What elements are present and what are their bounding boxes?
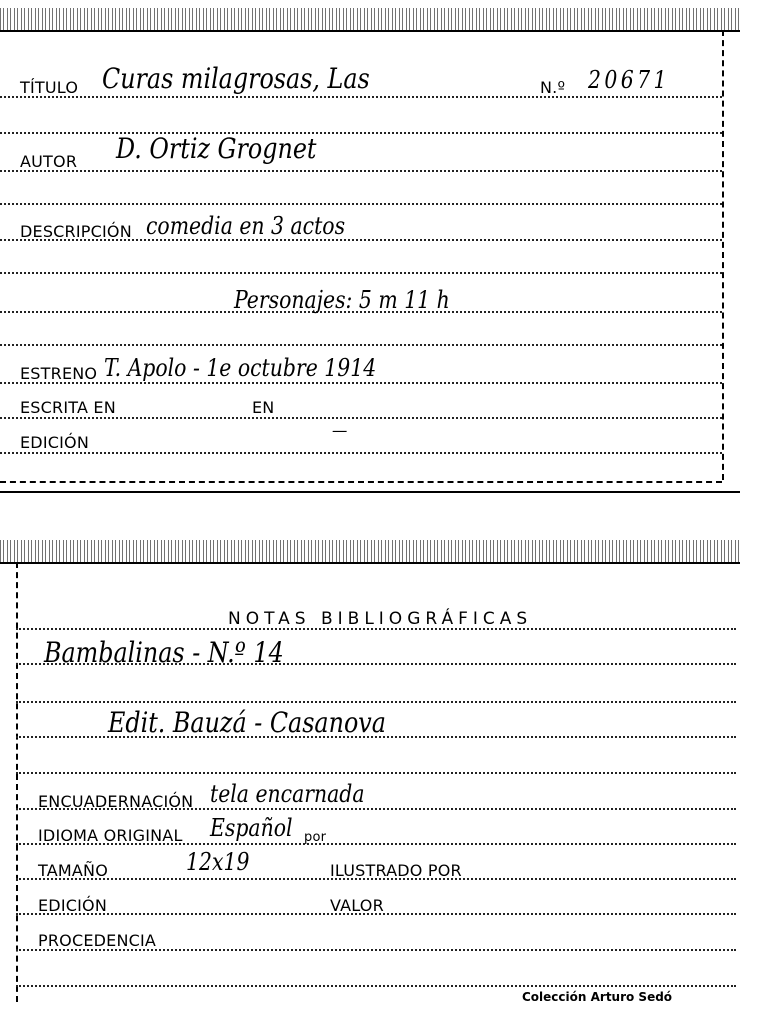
ruled-line bbox=[0, 203, 722, 205]
scan-noise-top bbox=[0, 8, 740, 30]
estreno-value: T. Apolo - 1e octubre 1914 bbox=[104, 354, 376, 382]
ruled-line bbox=[16, 772, 736, 774]
card-front-right-edge bbox=[722, 30, 724, 480]
idioma-por-label: por bbox=[304, 830, 326, 845]
autor-label: AUTOR bbox=[20, 152, 77, 171]
edicion-label: EDICIÓN bbox=[20, 433, 89, 452]
ruled-line bbox=[16, 628, 736, 630]
ruled-line bbox=[0, 417, 722, 419]
descripcion-extra: Personajes: 5 m 11 h bbox=[234, 286, 450, 314]
ruled-line bbox=[16, 701, 736, 703]
ruled-line bbox=[0, 132, 722, 134]
ruled-line bbox=[0, 96, 722, 98]
idioma-label: IDIOMA ORIGINAL bbox=[38, 826, 183, 845]
ruled-line bbox=[0, 272, 722, 274]
card-front-bottom-dashes bbox=[0, 481, 722, 483]
idioma-value: Español bbox=[210, 814, 293, 842]
encuadernacion-label: ENCUADERNACIÓN bbox=[38, 792, 193, 811]
numero-label: N.º bbox=[540, 78, 565, 97]
card-back-top-edge bbox=[0, 562, 740, 564]
descripcion-value: comedia en 3 actos bbox=[146, 212, 345, 240]
ruled-line bbox=[0, 382, 722, 384]
back-edicion-label: EDICIÓN bbox=[38, 896, 107, 915]
edicion-value: — bbox=[332, 420, 347, 441]
titulo-label: TÍTULO bbox=[20, 78, 78, 97]
tamano-value: 12x19 bbox=[186, 848, 249, 876]
valor-label: VALOR bbox=[330, 896, 384, 915]
ruled-line bbox=[0, 170, 722, 172]
descripcion-label: DESCRIPCIÓN bbox=[20, 222, 132, 241]
note-line-1: Bambalinas - N.º 14 bbox=[44, 636, 284, 669]
ilustrado-label: ILUSTRADO POR bbox=[330, 861, 462, 880]
estreno-label: ESTRENO bbox=[20, 364, 97, 383]
autor-value: D. Ortiz Grognet bbox=[116, 132, 316, 165]
card-front-top-edge bbox=[0, 30, 740, 32]
encuadernacion-value: tela encarnada bbox=[210, 780, 365, 808]
numero-value: 20671 bbox=[588, 66, 670, 94]
ruled-line bbox=[16, 985, 736, 987]
card-front-bottom-edge bbox=[0, 491, 740, 493]
tamano-label: TAMAÑO bbox=[38, 861, 108, 880]
collection-footer: Colección Arturo Sedó bbox=[522, 990, 672, 1004]
titulo-value: Curas milagrosas, Las bbox=[102, 62, 370, 95]
note-line-2: Edit. Bauzá - Casanova bbox=[108, 706, 386, 739]
procedencia-label: PROCEDENCIA bbox=[38, 931, 156, 950]
ruled-line bbox=[0, 452, 722, 454]
scan-noise-middle bbox=[0, 540, 740, 562]
escrita-en-label: ESCRITA EN bbox=[20, 398, 116, 417]
en-label: EN bbox=[252, 398, 274, 417]
notas-heading: NOTAS BIBLIOGRÁFICAS bbox=[228, 609, 532, 629]
ruled-line bbox=[0, 344, 722, 346]
